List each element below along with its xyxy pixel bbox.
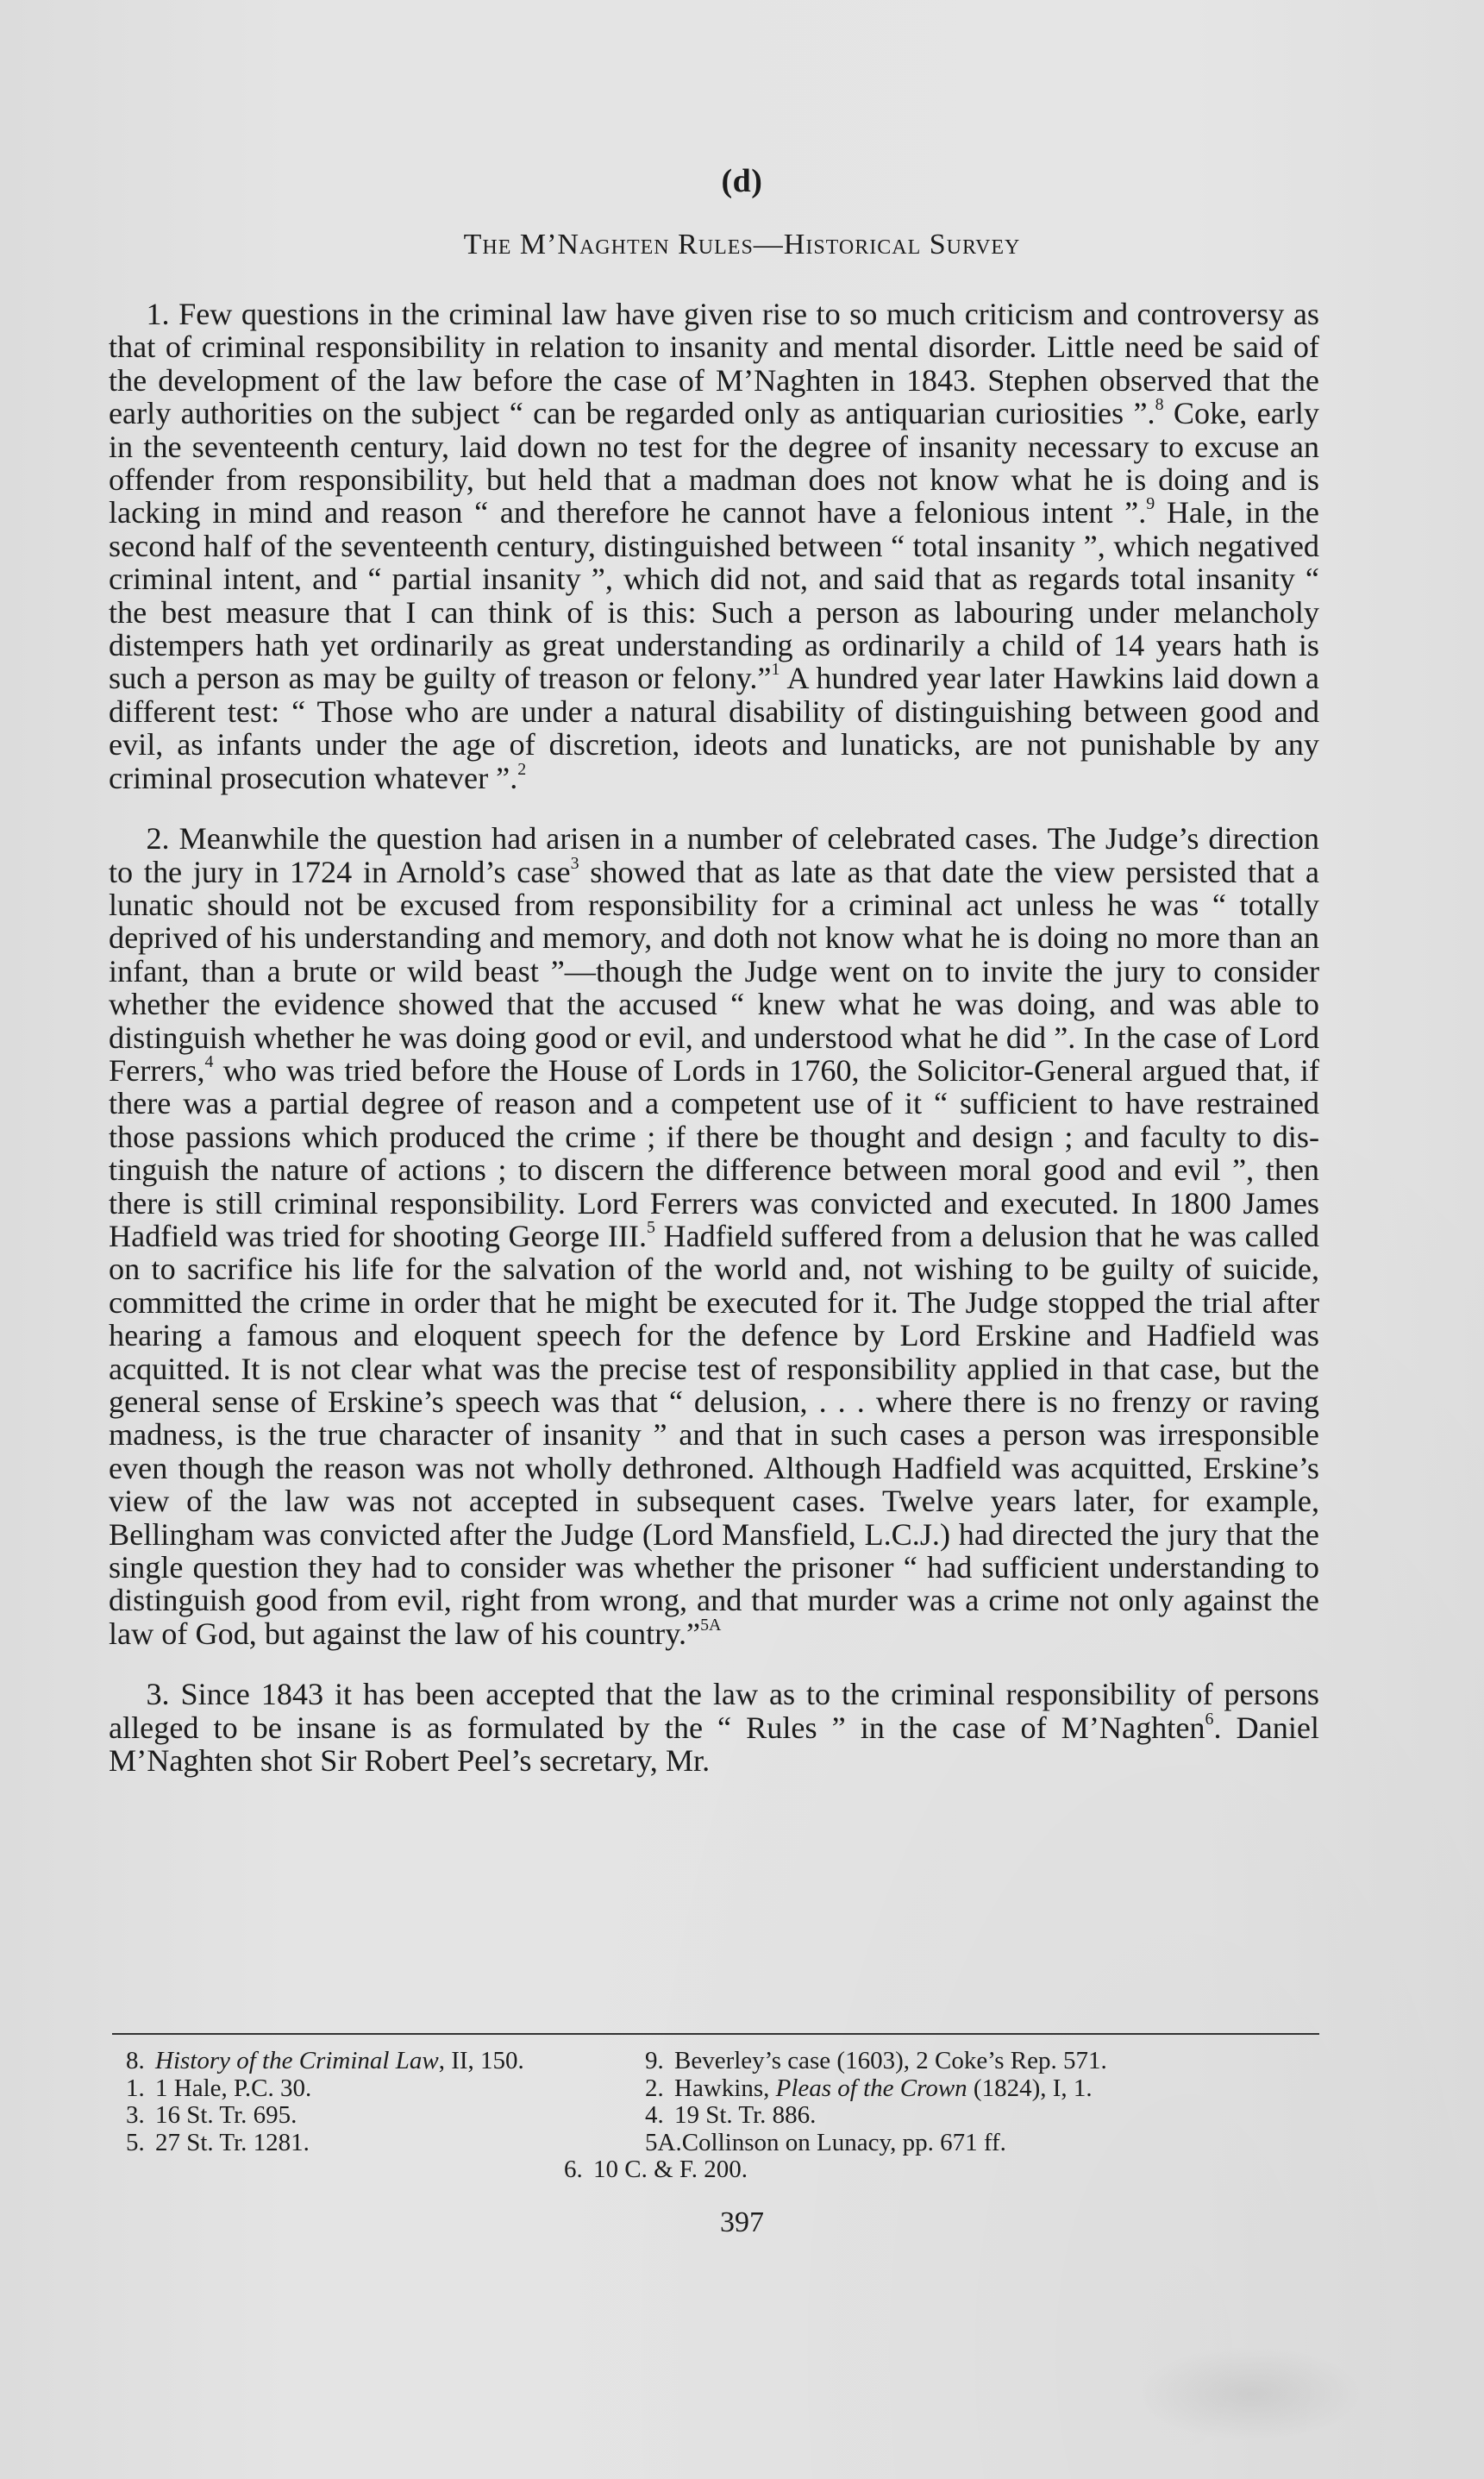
footnote: 5A. Collinson on Lunacy, pp. 671 ff. (645, 2130, 1107, 2157)
footnote-title: History of the Criminal Law (155, 2047, 439, 2074)
footnote-number: 6. (564, 2156, 593, 2184)
paragraph-2: 2. Meanwhile the question had arisen in … (109, 822, 1319, 1650)
footnote-number: 9. (645, 2048, 674, 2075)
footnote: 3. 16 St. Tr. 695. (126, 2102, 524, 2130)
footnote-reference[interactable]: 1 (772, 661, 780, 680)
footnote-reference[interactable]: 6 (1205, 1710, 1213, 1729)
page-smudge (1138, 2346, 1362, 2441)
footnote-reference[interactable]: 2 (517, 760, 526, 779)
footnote-reference[interactable]: 9 (1146, 495, 1155, 514)
section-letter: (d) (0, 162, 1484, 200)
footnotes-right-column: 9. Beverley’s case (1603), 2 Coke’s Rep.… (645, 2048, 1107, 2156)
section-title: The M’Naghten Rules—Historical Survey (0, 229, 1484, 261)
footnote-reference[interactable]: 3 (571, 854, 579, 873)
footnote: 4. 19 St. Tr. 886. (645, 2102, 1107, 2130)
footnote-number: 3. (126, 2102, 155, 2130)
footnote: 9. Beverley’s case (1603), 2 Coke’s Rep.… (645, 2048, 1107, 2075)
footnotes-left-column: 8. History of the Criminal Law, II, 150.… (126, 2048, 524, 2156)
footnote-number: 8. (126, 2048, 155, 2075)
paragraph-number: 2. (146, 821, 178, 856)
footnote: 1. 1 Hale, P.C. 30. (126, 2075, 524, 2103)
footnote-number: 1. (126, 2075, 155, 2103)
footnote-title: Pleas of the Crown (776, 2074, 967, 2102)
footnote-number: 4. (645, 2102, 674, 2130)
footnote: 5. 27 St. Tr. 1281. (126, 2130, 524, 2157)
footnote-number: 2. (645, 2075, 674, 2103)
footnote: 8. History of the Criminal Law, II, 150. (126, 2048, 524, 2075)
footnote-number: 5A. (645, 2130, 682, 2157)
paragraph-number: 1. (146, 297, 178, 331)
footnote: 2. Hawkins, Pleas of the Crown (1824), I… (645, 2075, 1107, 2103)
paragraph-3: 3. Since 1843 it has been accepted that … (109, 1678, 1319, 1777)
paragraph-number: 3. (146, 1677, 180, 1711)
footnote: 6. 10 C. & F. 200. (564, 2156, 748, 2184)
footnote-divider (112, 2033, 1319, 2035)
footnote-reference[interactable]: 8 (1155, 395, 1164, 414)
footnote-reference[interactable]: 5 (647, 1218, 655, 1237)
footnote-number: 5. (126, 2130, 155, 2157)
body-text: 1. Few questions in the criminal law hav… (109, 298, 1319, 1777)
scanned-page: (d) The M’Naghten Rules—Historical Surve… (0, 0, 1484, 2479)
paragraph-1: 1. Few questions in the criminal law hav… (109, 298, 1319, 794)
page-number: 397 (0, 2206, 1484, 2239)
footnote-reference[interactable]: 5A (700, 1616, 721, 1635)
footnotes-center: 6. 10 C. & F. 200. (564, 2156, 748, 2184)
footnote-reference[interactable]: 4 (205, 1052, 214, 1071)
